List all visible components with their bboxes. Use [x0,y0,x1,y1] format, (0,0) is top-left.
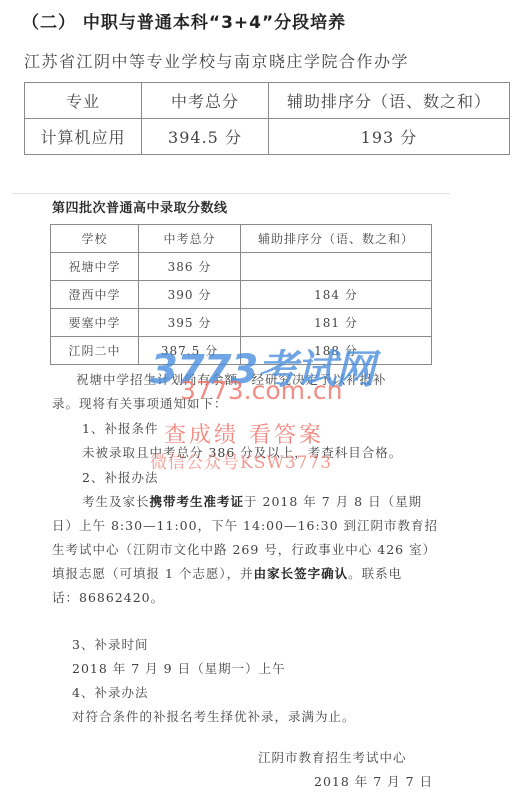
table-header-cell: 中考总分 [139,225,241,253]
table-row: 江阴二中 387.5 分 188 分 [51,337,432,365]
signature-org: 江阴市教育招生考试中心 [258,747,407,769]
item-text-line: 话：86862420。 [52,587,164,609]
item-text-line: 考生及家长携带考生准考证于 2018 年 7 月 8 日（星期 [82,491,422,513]
admission-score-table: 学校 中考总分 辅助排序分（语、数之和） 祝塘中学 386 分 澄西中学 390… [50,224,432,365]
table-cell: 395 分 [139,309,241,337]
text: 填报志愿（可填报 1 个志愿），并 [52,566,254,581]
item-text: 对符合条件的补报名考生择优补录，录满为止。 [72,706,356,728]
table-header-row: 专业 中考总分 辅助排序分（语、数之和） [25,83,510,119]
table-row: 要塞中学 395 分 181 分 [51,309,432,337]
table-cell: 江阴二中 [51,337,139,365]
table-header-cell: 专业 [25,83,142,119]
item-title: 1、补报条件 [82,418,158,440]
table-row: 祝塘中学 386 分 [51,253,432,281]
text: 。联系电 [348,566,402,581]
table-cell: 澄西中学 [51,281,139,309]
table-cell: 要塞中学 [51,309,139,337]
table-header-cell: 辅助排序分（语、数之和） [269,83,510,119]
table-cell: 394.5 分 [142,119,269,155]
table-cell: 188 分 [241,337,432,365]
notice-intro-line: 祝塘中学招生计划尚有余额，经研究决定予以补报补 [76,369,387,391]
table-header-cell: 辅助排序分（语、数之和） [241,225,432,253]
text: 考生及家长 [82,494,150,509]
program-score-table: 专业 中考总分 辅助排序分（语、数之和） 计算机应用 394.5 分 193 分 [24,82,510,155]
table-cell: 祝塘中学 [51,253,139,281]
table-cell: 181 分 [241,309,432,337]
table-header-cell: 学校 [51,225,139,253]
signature-date: 2018 年 7 月 7 日 [314,771,433,793]
divider [12,193,450,194]
table-header-row: 学校 中考总分 辅助排序分（语、数之和） [51,225,432,253]
item-title: 2、补报办法 [82,467,158,489]
notice-intro-line: 录。现将有关事项通知如下： [52,393,228,415]
table-row: 澄西中学 390 分 184 分 [51,281,432,309]
text: 于 2018 年 7 月 8 日（星期 [244,494,422,509]
table-cell: 387.5 分 [139,337,241,365]
item-text-line: 生考试中心（江阴市文化中路 269 号，行政事业中心 426 室） [52,539,436,561]
table-cell: 计算机应用 [25,119,142,155]
emphasis-text: 由家长签字确认 [254,566,349,581]
item-text: 2018 年 7 月 9 日（星期一）上午 [72,658,286,680]
table-row: 计算机应用 394.5 分 193 分 [25,119,510,155]
section-heading: （二） 中职与普通本科“3+4”分段培养 [22,8,346,33]
table-cell: 184 分 [241,281,432,309]
item-text-line: 填报志愿（可填报 1 个志愿），并由家长签字确认。联系电 [52,563,402,585]
section-title: 第四批次普通高中录取分数线 [52,197,228,216]
section-subheading: 江苏省江阴中等专业学校与南京晓庄学院合作办学 [24,49,409,72]
table-cell: 386 分 [139,253,241,281]
table-cell: 193 分 [269,119,510,155]
emphasis-text: 携带考生准考证 [150,494,245,509]
item-text: 未被录取且中考总分 386 分及以上，考查科目合格。 [82,442,402,464]
table-cell [241,253,432,281]
table-header-cell: 中考总分 [142,83,269,119]
table-cell: 390 分 [139,281,241,309]
item-title: 4、补录办法 [72,682,148,704]
item-title: 3、补录时间 [72,634,148,656]
item-text-line: 日）上午 8:30—11:00，下午 14:00—16:30 到江阴市教育招 [52,515,438,537]
